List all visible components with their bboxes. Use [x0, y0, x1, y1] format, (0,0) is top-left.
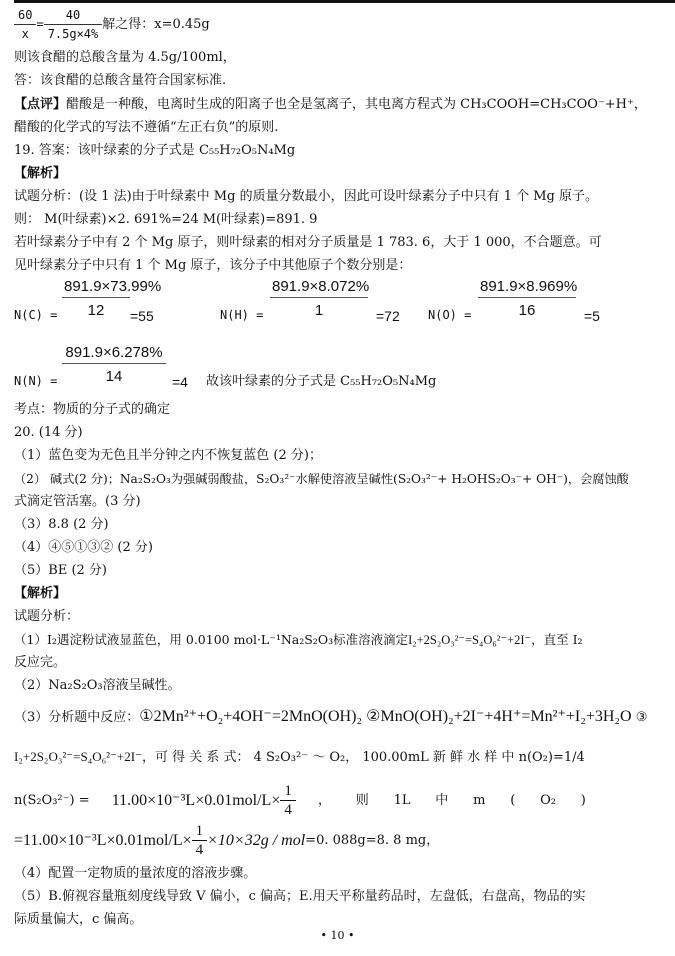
nc-label: N(C) = [14, 308, 57, 322]
titration-equation: I₂+2S₂O₃²⁻=S₄O₆²⁻+2I⁻ [408, 633, 531, 647]
q20-analysis-5-cont: 际质量偏大，c 偏高。 [14, 911, 142, 929]
fraction-40: 40 7.5g×4% [44, 6, 103, 43]
q20-answer-1: （1）蓝色变为无色且半分钟之内不恢复蓝色 (2 分)； [14, 447, 322, 465]
nn-fraction: 891.9×6.278% 14 [62, 344, 166, 385]
q19-kaodian: 考点：物质的分子式的确定 [14, 401, 170, 419]
reaction-2: ②MnO(OH)₂+2I⁻+4H⁺=Mn²⁺+I₂+3H₂O [366, 708, 631, 725]
q20-title: 20. (14 分) [14, 424, 83, 442]
q20-analysis-3: （3）分析题中反应：①2Mn²⁺+O₂+4OH⁻=2MnO(OH)₂ ②MnO(… [14, 708, 647, 727]
nh-label: N(H) = [220, 308, 263, 322]
q20-answer-3: （3）8.8 (2 分) [14, 516, 109, 534]
q20-mass-o2-line: =11.00×10⁻³L×0.01mol/L× 1 4 ×10×32g / mo… [14, 822, 439, 862]
q20-answer-4: （4）④⑤①③② (2 分) [14, 539, 153, 557]
q20-analysis-intro: 试题分析： [14, 608, 79, 626]
q19-analysis-line-2: 则： M(叶绿素)×2. 691%=24 M(叶绿素)=891. 9 [14, 211, 317, 229]
page-number: • 10 • [0, 929, 675, 942]
answer-line: 答：该食醋的总酸含量符合国家标准. [14, 72, 226, 90]
q20-n-s2o3-line: n(S₂O₃²⁻) = 11.00×10⁻³L×0.01mol/L× 1 4 ，… [14, 782, 586, 822]
nc-result: =55 [130, 308, 154, 324]
comment-line-2: 醋酸的化学式的写法不遵循“左正右负”的原则. [14, 119, 278, 137]
q20-answer-5: （5）BE (2 分) [14, 562, 107, 580]
no-result: =5 [584, 308, 600, 324]
reaction-3-marker: ③ [636, 710, 648, 725]
q20-answer-2: （2） 碱式(2 分)；Na₂S₂O₃为强碱弱酸盐，S₂O₃²⁻水解使溶液呈碱性… [14, 470, 629, 488]
q19-analysis-line-1: 试题分析：(设 1 法)由于叶绿素中 Mg 的质量分数最小，因此可设叶绿素分子中… [14, 188, 598, 206]
q20-answer-2-cont: 式滴定管活塞。(3 分) [14, 493, 141, 511]
nn-label: N(N) = [14, 374, 57, 388]
q19-analysis-line-3: 若叶绿素分子中有 2 个 Mg 原子，则叶绿素的相对分子质量是 1 783. 6… [14, 234, 602, 252]
reaction-3: I₂+2S₂O₃²⁻=S₄O₆²⁻+2I⁻ [14, 749, 142, 764]
reaction-1: ①2Mn²⁺+O₂+4OH⁻=2MnO(OH)₂ [139, 708, 362, 725]
no-label: N(O) = [428, 308, 471, 322]
quarter-fraction-2: 1 4 [192, 822, 208, 859]
nh-result: =72 [376, 308, 400, 324]
nc-fraction: 891.9×73.99% 12 [62, 278, 130, 319]
q19-analysis-line-4: 见叶绿素分子中只有 1 个 Mg 原子，该分子中其他原子个数分别是： [14, 257, 411, 275]
q19-analysis-tag: 【解析】 [14, 165, 66, 183]
q20-analysis-2: （2）Na₂S₂O₃溶液呈碱性。 [14, 677, 181, 695]
top-rule [14, 0, 675, 3]
q20-analysis-4: （4）配置一定物质的量浓度的溶液步骤。 [14, 865, 256, 883]
comment-tag: 【点评】 [14, 97, 66, 112]
q20-analysis-3-line-2: I₂+2S₂O₃²⁻=S₄O₆²⁻+2I⁻，可 得 关 系 式： 4 S₂O₃²… [14, 748, 585, 767]
comment-line: 【点评】醋酸是一种酸，电离时生成的阳离子也全是氢离子，其电离方程式为 CH₃CO… [14, 96, 647, 114]
q20-analysis-1: （1）I₂遇淀粉试液显蓝色，用 0.0100 mol·L⁻¹Na₂S₂O₃标准溶… [14, 631, 583, 649]
q20-analysis-1-cont: 反应完。 [14, 654, 66, 672]
nn-result: =4 [172, 374, 188, 390]
q19-answer: 19. 答案：该叶绿素的分子式是 C₅₅H₇₂O₅N₄Mg [14, 142, 295, 160]
total-acid-line: 则该食醋的总酸含量为 4.5g/100ml， [14, 49, 236, 67]
nh-fraction: 891.9×8.072% 1 [270, 278, 368, 319]
fraction-60-x: 60 x [14, 6, 36, 43]
q20-analysis-tag: 【解析】 [14, 585, 66, 603]
q19-conclusion: 故该叶绿素的分子式是 C₅₅H₇₂O₅N₄Mg [206, 373, 436, 391]
no-fraction: 891.9×8.969% 16 [478, 278, 576, 319]
quarter-fraction: 1 4 [280, 782, 296, 819]
q20-analysis-5: （5）B.俯视容量瓶刻度线导致 V 偏小，c 偏高；E.用天平称量药品时，左盘低… [14, 888, 586, 906]
proportion-equation: 60 x = 40 7.5g×4% 解之得：x=0.45g [14, 6, 210, 43]
